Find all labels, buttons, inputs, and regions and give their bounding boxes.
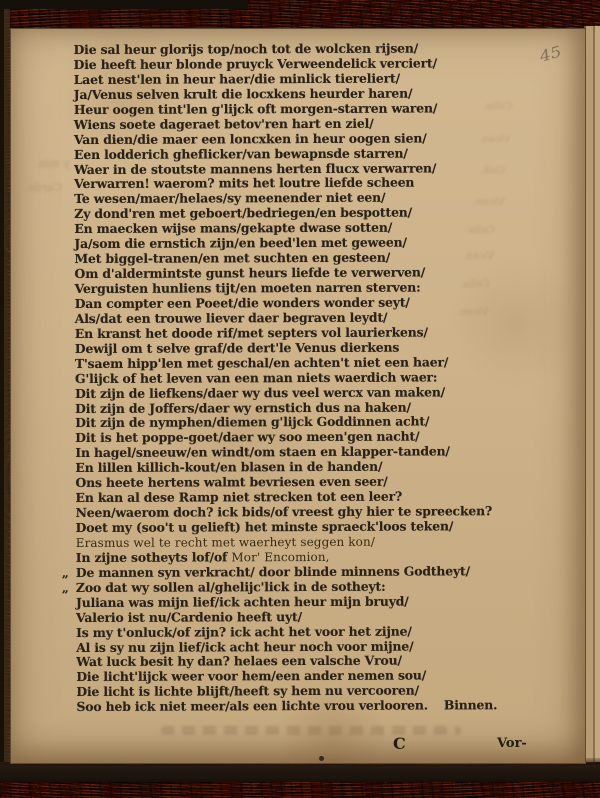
spine-gutter-shadow bbox=[0, 9, 10, 762]
verse-text: Dit zijn de nymphen/diemen g'lijck Goddi… bbox=[75, 414, 429, 431]
verse-text: Verguisten hunliens tijt/en moeten narre… bbox=[75, 280, 421, 297]
verse-text: Laet nest'len in heur haer/die minlick t… bbox=[74, 70, 400, 86]
show-through-text: y min. bbox=[35, 157, 69, 170]
verse-text: Die licht is lichte blijft/heeft sy hem … bbox=[76, 683, 419, 699]
stage-direction: Binnen. bbox=[444, 697, 497, 712]
verse-text: Die heeft heur blonde pruyck Verweendeli… bbox=[74, 55, 437, 72]
verse-text: Die licht'lijck weer voor hem/een ander … bbox=[76, 668, 426, 685]
verse-text: Zy dond'ren met geboert/bedriegen/en bes… bbox=[74, 205, 412, 221]
verse-text: T'saem hipp'len met geschal/en achten't … bbox=[75, 354, 448, 371]
show-through-text: Celia. bbox=[466, 225, 495, 236]
show-through-smudge bbox=[161, 726, 461, 735]
underlying-leaf-edge bbox=[584, 26, 600, 762]
show-through-text: Celia. bbox=[483, 101, 512, 112]
verse-text: En maecken wijse mans/gekapte dwase sott… bbox=[74, 220, 392, 236]
verse-text: Ja/Venus selven krult die locxkens heurd… bbox=[74, 85, 413, 101]
verse-text: In zijne sotheyts lof/of bbox=[76, 549, 232, 565]
verse-text: Als/dat een trouwe liever daer begraven … bbox=[75, 310, 388, 326]
verse-text: Dit zijn de liefkens/daer wy dus veel we… bbox=[75, 384, 445, 401]
verse-text: Dit is het poppe-goet/daer wy soo meen'g… bbox=[75, 429, 419, 446]
ink-spot bbox=[319, 756, 324, 761]
verse-text: Wiens soete dageraet betov'ren hart en z… bbox=[74, 115, 374, 131]
verse-text: G'lijck of het leven van een man niets w… bbox=[75, 369, 437, 386]
verse-text: En kan al dese Ramp niet strecken tot ee… bbox=[75, 489, 402, 505]
show-through-text: Vicen. bbox=[463, 251, 494, 262]
verse-text: Dan compter een Poeet/die wonders wonder… bbox=[75, 295, 410, 311]
verse-text: En lillen killich-kout/en blasen in de h… bbox=[75, 459, 382, 475]
catchword: Vor- bbox=[497, 736, 527, 751]
book-scan: 45 Die sal heur glorijs top/noch tot de … bbox=[0, 0, 600, 798]
verse-text: Soo heb ick niet meer/als een lichte vro… bbox=[76, 698, 428, 715]
verse-text: Dit zijn de Joffers/daer wy ernstich dus… bbox=[75, 399, 411, 415]
verse-text: Waer in de stoutste mannens herten flucx… bbox=[74, 160, 436, 177]
binding-shadow-top bbox=[0, 0, 248, 9]
verse-text: Al is sy nu zijn lief/ick acht heur noch… bbox=[76, 638, 413, 654]
verse-text: Die sal heur glorijs top/noch tot de wol… bbox=[74, 41, 419, 58]
verse-text: Erasmus wel te recht met waerheyt seggen… bbox=[76, 535, 375, 550]
verse-text: In hagel/sneeuw/en windt/om staen en kla… bbox=[75, 444, 450, 461]
poem-text-block: Die sal heur glorijs top/noch tot de wol… bbox=[74, 41, 547, 715]
verse-text: Te wesen/maer/helaes/sy meenender niet e… bbox=[74, 190, 385, 206]
verse-text: Ja/som die ernstich zijn/en beed'len met… bbox=[74, 235, 407, 251]
show-through-text: Vicen. bbox=[473, 197, 504, 208]
verse-text-roman: Mor' Encomion, bbox=[231, 550, 329, 564]
verse-text: Valerio ist nu/Cardenio heeft uyt/ bbox=[76, 609, 302, 625]
verse-text: Doet my (soo't u gelieft) het minste spr… bbox=[76, 518, 454, 535]
verse-line: Soo heb ick niet meer/als een lichte vro… bbox=[76, 698, 546, 715]
verse-text: Verwarren! waerom? mits het loutre liefd… bbox=[74, 175, 414, 191]
verse-text: Dewijl om t selve graf/de dert'le Venus … bbox=[75, 339, 399, 355]
show-through-text: Vicen. bbox=[479, 134, 510, 145]
verse-text: Is my t'onluck/of zijn? ick acht het voo… bbox=[76, 623, 412, 639]
verse-text: Om d'aldermintste gunst heurs liefde te … bbox=[75, 265, 426, 282]
verse-text: Wat luck besit hy dan? helaes een valsch… bbox=[76, 653, 402, 669]
show-through-text: Guil. bbox=[481, 165, 505, 176]
show-through-text: Celia. bbox=[460, 279, 489, 290]
signature-mark: C bbox=[393, 734, 406, 753]
verse-text: De mannen syn verkracht/ door blinde min… bbox=[76, 563, 470, 580]
verse-text: Zoo dat wy sollen al/ghelijc'lick in de … bbox=[76, 578, 386, 594]
verse-text: Heur oogen tint'len g'lijck oft morgen-s… bbox=[74, 100, 437, 117]
quote-mark: „ bbox=[62, 581, 69, 596]
verse-text: Van dien/die maer een loncxken in heur o… bbox=[74, 130, 427, 147]
verse-text: En kranst het doode rif/met septers vol … bbox=[75, 324, 428, 341]
quote-mark: „ bbox=[62, 566, 69, 581]
verse-text: Ons heete hertens walmt bevriesen even s… bbox=[75, 474, 387, 490]
verse-text: Een lodderich gheflicker/van bewapnsde s… bbox=[74, 145, 408, 161]
book-page: 45 Die sal heur glorijs top/noch tot de … bbox=[10, 28, 586, 764]
verse-text: Met biggel-tranen/en met suchten en gest… bbox=[74, 250, 390, 266]
show-through-text: Vicen. bbox=[457, 307, 488, 318]
show-through-text: Carde. bbox=[25, 181, 62, 194]
verse-text: Juliana was mijn lief/ick achten heur mi… bbox=[76, 593, 409, 609]
